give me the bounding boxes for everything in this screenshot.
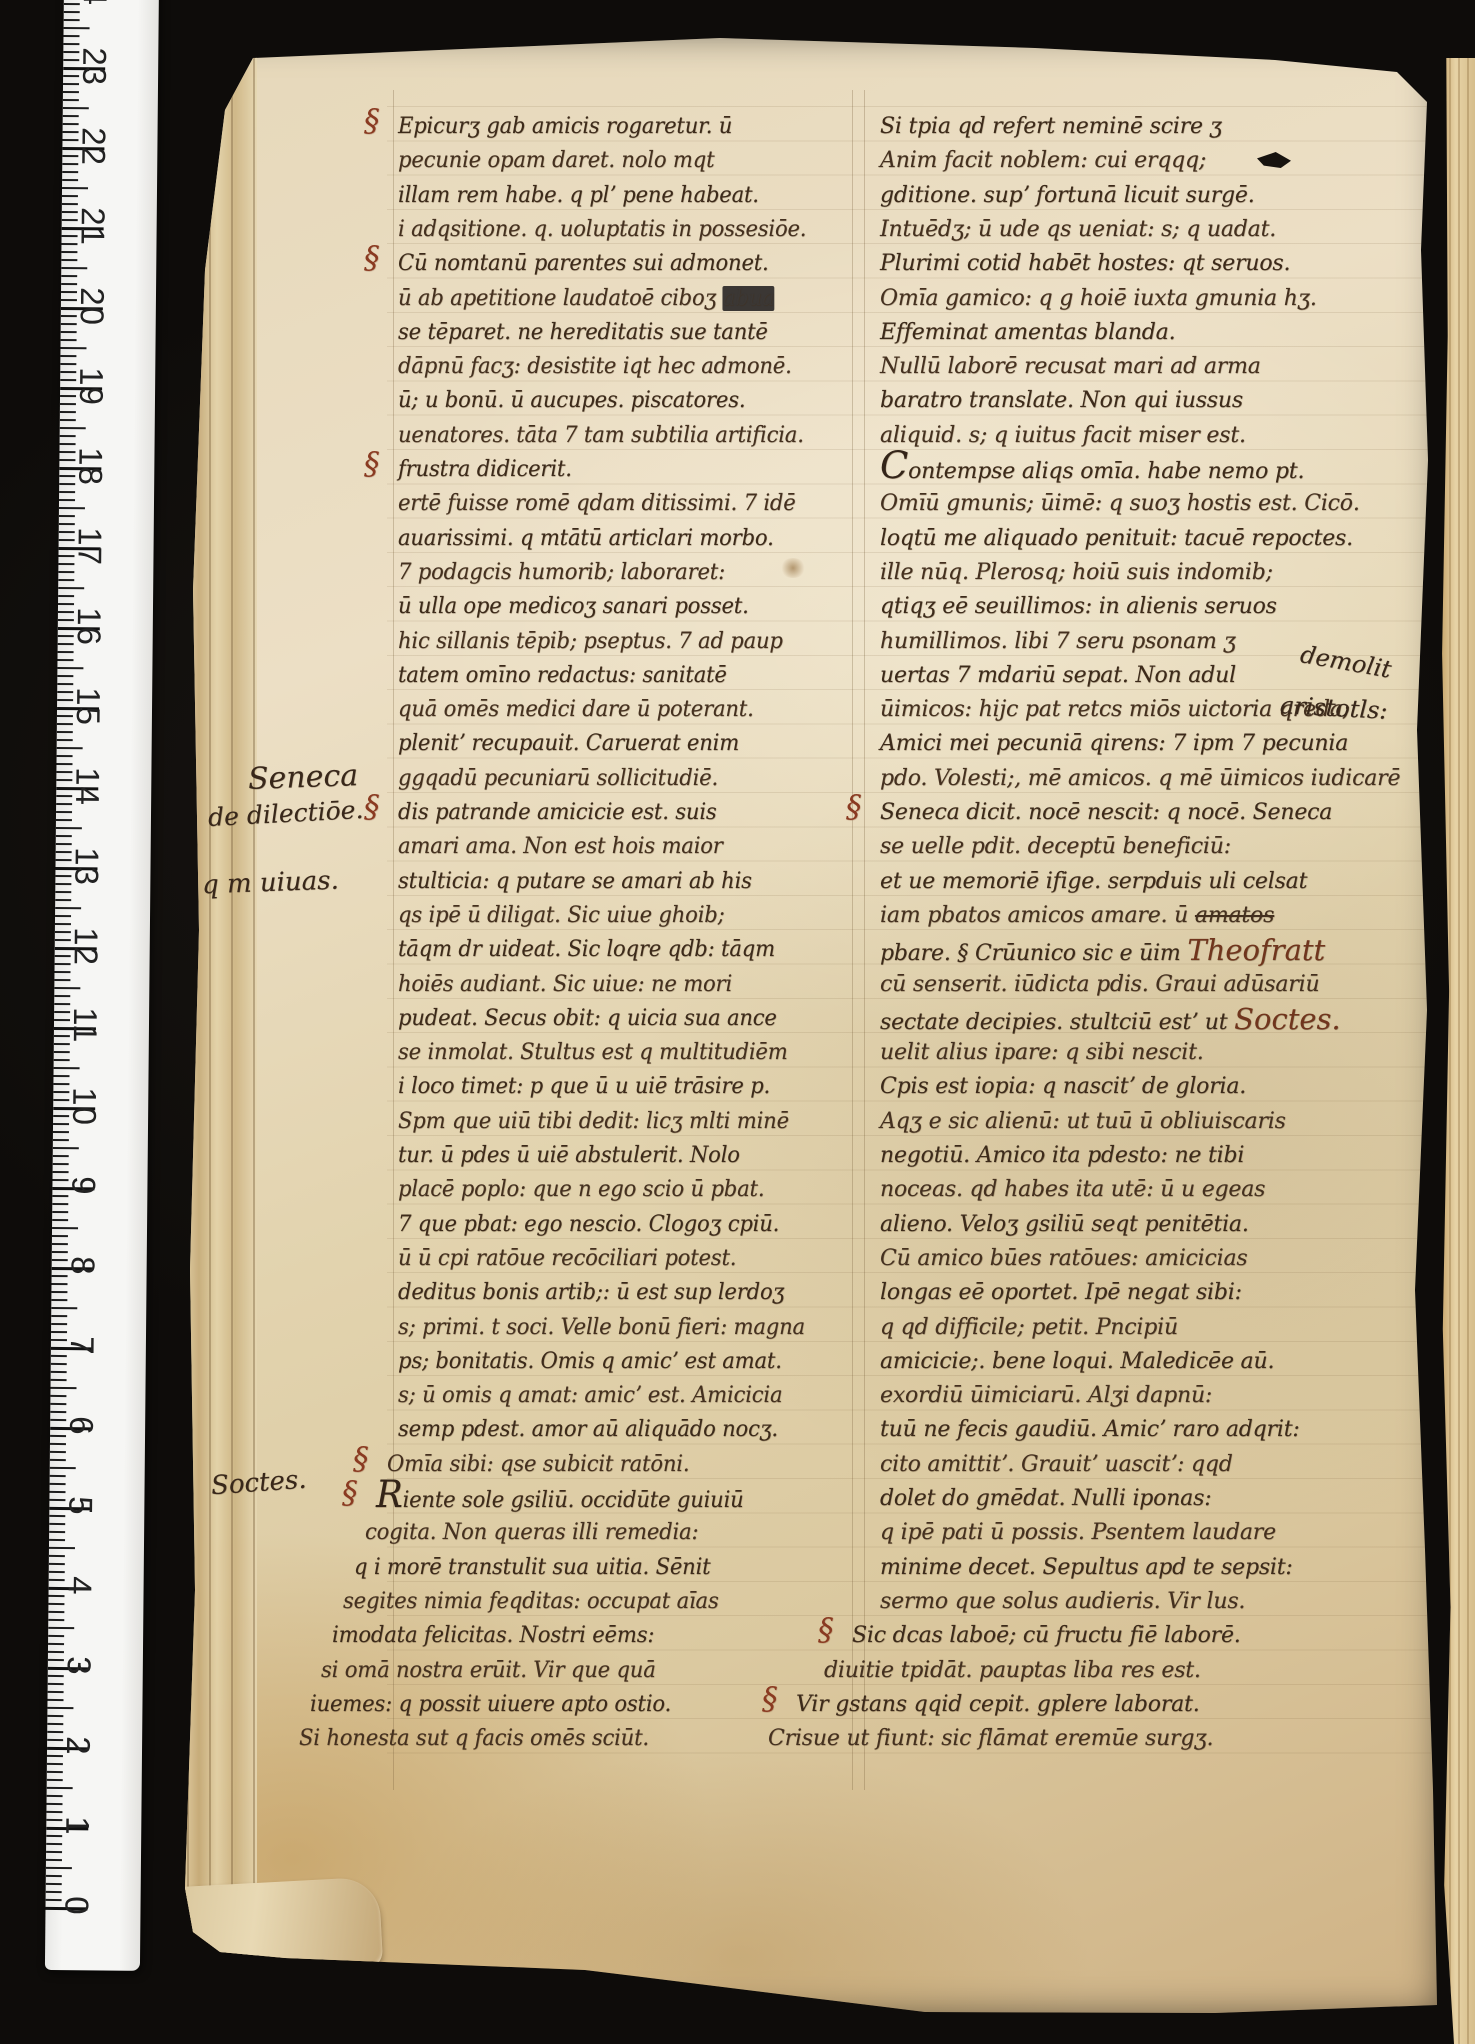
right-column-text-line: Effeminat amentas blanda. xyxy=(880,318,1445,348)
left-column-text-line: iuemes: q possit uiuere apto ostio. xyxy=(310,1690,765,1720)
ruler-mm-tick xyxy=(62,171,78,173)
right-column-text-line: Nullū laborē recusat mari ad arma xyxy=(880,352,1445,382)
left-column-text-line: cogita. Non queras illi remedia: xyxy=(365,1518,820,1548)
ruler-mm-tick xyxy=(63,91,79,93)
ruler-mm-tick xyxy=(61,267,87,269)
left-column-text-line: Cū nomtanū parentes sui admonet.§ xyxy=(398,249,853,279)
ruler-mm-tick xyxy=(60,443,76,445)
ruler-mm-tick xyxy=(51,1331,67,1333)
ruler-mm-tick xyxy=(54,995,70,997)
left-column-text-line: hoiēs audiant. Sic uiue: ne mori xyxy=(398,970,853,1000)
right-column-text-line: loqtū me aliquado penituit: tacuē repoct… xyxy=(880,524,1445,554)
ruler-number: 8 xyxy=(64,1256,102,1276)
ruler-mm-tick xyxy=(54,1067,80,1069)
ruler-mm-tick xyxy=(49,1491,65,1493)
ruler-mm-tick xyxy=(52,1211,68,1213)
left-column-text-line: Si honesta sut q facis omēs sciūt. xyxy=(299,1724,754,1754)
ruler-mm-tick xyxy=(53,1171,69,1173)
ruler-number: 3 xyxy=(60,1656,98,1676)
ruler-mm-tick xyxy=(52,1251,68,1253)
left-column-text-line: dis patrande amicicie est. suis§ xyxy=(398,798,853,828)
ruler-mm-tick xyxy=(53,1163,69,1165)
ruler-number: 21 xyxy=(73,207,111,246)
rubric-paraph-mark: § xyxy=(818,1615,833,1645)
ruler-number: 16 xyxy=(70,607,108,646)
ruler-mm-tick xyxy=(57,755,73,757)
ruler-mm-tick xyxy=(46,1811,62,1813)
ruler-mm-tick xyxy=(59,499,75,501)
left-column-text-line: s; ū omis q amat: amicʼ est. Amicicia xyxy=(398,1381,853,1411)
left-column-text-line: 7 que pbat: ego nescio. Clogoʒ cpiū. xyxy=(398,1210,853,1240)
left-column-text-line: pecunie opam daret. nolo mqt xyxy=(398,146,853,176)
right-column-text-line: amicicie;. bene loqui. Maledicēe aū. xyxy=(880,1347,1445,1377)
ruler-mm-tick xyxy=(56,835,72,837)
left-column-text-line: frustra didicerit.§ xyxy=(398,455,853,485)
ruler-mm-tick xyxy=(51,1323,67,1325)
right-column-text-line: sermo que solus audieris. Vir lus. xyxy=(880,1587,1445,1617)
ruler-mm-tick xyxy=(63,35,79,37)
ruler-mm-tick xyxy=(47,1795,63,1797)
ruler-mm-tick xyxy=(62,179,78,181)
rubric-paraph-mark: § xyxy=(353,1444,368,1474)
left-column-text-line: tāqm dr uideat. Sic loqre qdb: tāqm xyxy=(398,935,853,965)
left-column-text-line: Epicurʒ gab amicis rogaretur. ū§ xyxy=(398,112,853,142)
ruler-mm-tick xyxy=(50,1403,66,1405)
ruler-mm-tick xyxy=(60,427,86,429)
ruler-number: 22 xyxy=(74,127,112,166)
ruler-mm-tick xyxy=(50,1451,66,1453)
ruler-mm-tick xyxy=(58,571,74,573)
left-column-text-line: imodata felicitas. Nostri eēms: xyxy=(332,1621,787,1651)
ruler-mm-tick xyxy=(48,1683,64,1685)
right-column-text-line: noceas. qd habes ita utē: ū u egeas xyxy=(880,1175,1445,1205)
ruler-mm-tick xyxy=(48,1627,74,1629)
right-column-text-line: dolet do gmēdat. Nulli iponas: xyxy=(880,1484,1445,1514)
right-column-text-line: Vir gstans qqid cepit. gplere laborat.§ xyxy=(796,1690,1361,1720)
ruler-mm-tick xyxy=(62,187,88,189)
ruler-number: 12 xyxy=(67,927,105,966)
right-column-text-line: Contempse aliqs omīa. habe nemo pt. xyxy=(880,455,1445,487)
ruler-mm-tick xyxy=(47,1787,73,1789)
ruler-mm-tick xyxy=(51,1315,67,1317)
ruler-mm-tick xyxy=(54,979,70,981)
ruler-mm-tick xyxy=(52,1219,68,1221)
ruler-mm-tick xyxy=(56,763,72,765)
left-column-text-line: ggqadū pecuniarū sollicitudiē. xyxy=(398,764,853,794)
right-column-text-line: diuitie tpidāt. pauptas liba res est. xyxy=(824,1656,1389,1686)
ruler-mm-tick xyxy=(64,27,90,29)
rubric-paraph-mark: § xyxy=(846,792,861,822)
ruler-mm-tick xyxy=(61,259,77,261)
left-column-text-line: hic sillanis tēpib; pseptus. 7 ad paup xyxy=(398,627,853,657)
ruler-mm-tick xyxy=(46,1883,62,1885)
ruler-mm-tick xyxy=(48,1619,64,1621)
left-column-text-line: q i morē transtulit sua uitia. Sēnit xyxy=(354,1553,809,1583)
right-column-text-line: negotiū. Amico ita pdesto: ne tibi xyxy=(880,1141,1445,1171)
next-folio-fore-edge xyxy=(1440,58,1475,2044)
ruler-mm-tick xyxy=(50,1459,66,1461)
ruler-mm-tick xyxy=(48,1643,64,1645)
right-column-text-line: cū senserit. iūdicta pdis. Graui adūsari… xyxy=(880,970,1445,1000)
marginal-note: Soctes. xyxy=(210,1465,307,1502)
ruler-mm-tick xyxy=(49,1547,75,1549)
ruler-mm-tick xyxy=(52,1227,78,1229)
right-column-text-line: q qd difficile; petit. Pncipiū xyxy=(880,1313,1445,1343)
right-column-text-line: sectate decipies. stultciū estʼ ut Socte… xyxy=(880,1004,1445,1038)
ruler-mm-tick xyxy=(62,195,78,197)
left-column-text-line: 7 podagcis humorib; laboraret: xyxy=(398,558,853,588)
left-column-text-line: ū ulla ope medicoʒ sanari posset. xyxy=(398,592,853,622)
right-column-text-line: iam pbatos amicos amare. ū amatos xyxy=(880,901,1445,931)
ruler-mm-tick xyxy=(57,675,73,677)
ruler-mm-tick xyxy=(53,1075,69,1077)
left-column-text-line: deditus bonis artib;: ū est sup lerdoʒ xyxy=(398,1278,853,1308)
right-column-text-line: Si tpia qd refert neminē scire ʒ xyxy=(880,112,1445,142)
ruler-mm-tick xyxy=(55,915,71,917)
ruler-mm-tick xyxy=(48,1603,64,1605)
ruler-mm-tick xyxy=(50,1483,66,1485)
ruler-mm-tick xyxy=(48,1691,64,1693)
right-column-text-line: Plurimi cotid habēt hostes: qt seruos. xyxy=(880,249,1445,279)
ruler-mm-tick xyxy=(61,339,77,341)
left-column-text-line: plenitʼ recupauit. Caruerat enim xyxy=(398,729,853,759)
ruler-mm-tick xyxy=(60,435,76,437)
marginal-note: de dilectiōe. xyxy=(207,795,364,832)
ruler-mm-tick xyxy=(60,411,76,413)
right-column-text-line: Omīa gamico: q g hoiē iuxta gmunia hʒ. xyxy=(880,284,1445,314)
ruler-mm-tick xyxy=(47,1779,63,1781)
left-column-text-line: amari ama. Non est hois maior xyxy=(398,832,853,862)
ruler-mm-tick xyxy=(53,1147,79,1149)
ruler-mm-tick xyxy=(64,11,80,13)
ruler-mm-tick xyxy=(47,1715,63,1717)
ruler-mm-tick xyxy=(47,1771,63,1773)
ruler-mm-tick xyxy=(46,1843,62,1845)
right-column-text-line: q ipē pati ū possis. Psentem laudare xyxy=(880,1518,1445,1548)
ruler-mm-tick xyxy=(49,1571,65,1573)
ruler-mm-tick xyxy=(50,1467,76,1469)
ruler-number: 0 xyxy=(57,1896,95,1916)
ruler-mm-tick xyxy=(58,651,74,653)
ruler-number: 11 xyxy=(66,1007,104,1044)
ruler-mm-tick xyxy=(47,1707,73,1709)
right-column-text-line: Crisue ut fiunt: sic flāmat eremūe surgʒ… xyxy=(768,1724,1333,1754)
ruler-mm-tick xyxy=(55,891,71,893)
ruler-mm-tick xyxy=(59,523,75,525)
ruler-mm-tick xyxy=(49,1523,65,1525)
left-column-text-line: semp pdest. amor aū aliquādo nocʒ. xyxy=(398,1415,853,1445)
ruler-mm-tick xyxy=(51,1291,67,1293)
marginal-note: aristotls: xyxy=(1279,691,1388,725)
left-column-text-line: Riente sole gsiliū. occidūte guiuiū§ xyxy=(376,1484,831,1516)
ruler-mm-tick xyxy=(54,1059,70,1061)
left-column-text-line: si omā nostra erūit. Vir que quā xyxy=(321,1656,776,1686)
right-column-text-line: Aqʒ e sic alienū: ut tuū ū obliuiscaris xyxy=(880,1107,1445,1137)
ruler-mm-tick xyxy=(57,747,83,749)
ruler-mm-tick xyxy=(53,1131,69,1133)
right-column-text-line: pbare. § Crūunico sic e ūim Theofratt xyxy=(880,935,1445,969)
ruler-mm-tick xyxy=(62,203,78,205)
rubric-paraph-mark: § xyxy=(364,449,379,479)
ruler-mm-tick xyxy=(47,1803,63,1805)
marginal-note: q m uiuas. xyxy=(202,866,340,901)
right-column-text-line: baratro translate. Non qui iussus xyxy=(880,386,1445,416)
ruler-number: 23 xyxy=(75,47,113,86)
ruler-number: 17 xyxy=(70,527,108,566)
left-column-text-line: tur. ū pdes ū uiē abstulerit. Nolo xyxy=(398,1141,853,1171)
enlarged-initial: C xyxy=(880,444,908,487)
right-column-text-line: se uelle pdit. deceptū beneficiū: xyxy=(880,832,1445,862)
ruler-mm-tick xyxy=(60,419,76,421)
ruler-mm-tick xyxy=(55,907,81,909)
ruler-mm-tick xyxy=(57,659,73,661)
right-column-text-line: tuū ne fecis gaudiū. Amicʼ raro adqrit: xyxy=(880,1415,1445,1445)
ruler-mm-tick xyxy=(57,683,73,685)
left-column-text-line: se tēparet. ne hereditatis sue tantē xyxy=(398,318,853,348)
left-column-text-line: ertē fuisse romē qdam ditissimi. 7 idē xyxy=(398,489,853,519)
ruler-mm-tick xyxy=(51,1299,67,1301)
ruler-mm-tick xyxy=(49,1539,65,1541)
struck-out-word: amatos xyxy=(1195,903,1274,928)
left-column-text-line: Omīa sibi: qse subicit ratōni.§ xyxy=(387,1450,842,1480)
left-column-text-line: s; primi. t soci. Velle bonū fieri: magn… xyxy=(398,1313,853,1343)
ruler-mm-tick xyxy=(47,1699,63,1701)
ruler-mm-tick xyxy=(48,1635,64,1637)
ruler-mm-tick xyxy=(56,819,72,821)
left-column-text-line: uenatores. tāta 7 tam subtilia artificia… xyxy=(398,421,853,451)
ruler-mm-tick xyxy=(51,1363,67,1365)
ruler-mm-tick xyxy=(61,275,77,277)
inline-display-word: Soctes. xyxy=(1234,1002,1340,1036)
right-column-text-line: Intuēdʒ; ū ude qs ueniat: s; q uadat. xyxy=(880,215,1445,245)
ruler-mm-tick xyxy=(60,363,76,365)
rubric-paraph-mark: § xyxy=(364,792,379,822)
ruler-mm-tick xyxy=(50,1443,66,1445)
ruler-mm-tick xyxy=(54,987,80,989)
right-column-text-line: et ue memoriē ifige. serpduis uli celsat xyxy=(880,867,1445,897)
ruler-mm-tick xyxy=(52,1203,68,1205)
left-column-text-line: ū ū cpi ratōue recōciliari potest. xyxy=(398,1244,853,1274)
ruler-mm-tick xyxy=(50,1395,66,1397)
ruler-mm-tick xyxy=(57,667,83,669)
rubric-paraph-mark: § xyxy=(364,106,379,136)
ruler-mm-tick xyxy=(59,507,85,509)
left-column-text-line: ū; u bonū. ū aucupes. piscatores. xyxy=(398,386,853,416)
ruler-mm-tick xyxy=(46,1851,62,1853)
ruler-mm-tick xyxy=(54,1051,70,1053)
ruler-number: 4 xyxy=(61,1576,99,1596)
manuscript-page: Epicurʒ gab amicis rogaretur. ū§pecunie … xyxy=(165,30,1443,2018)
ruler-mm-tick xyxy=(58,587,84,589)
ruler-mm-tick xyxy=(63,123,79,125)
inline-display-word: Theofratt xyxy=(1187,933,1325,967)
ruler-mm-tick xyxy=(46,1891,62,1893)
ruler-mm-tick xyxy=(51,1307,77,1309)
ruler-mm-tick xyxy=(53,1155,69,1157)
right-column-text-line: exordiū ūimiciarū. Alʒi dapnū: xyxy=(880,1381,1445,1411)
ruler-mm-tick xyxy=(58,595,74,597)
ruler-mm-tick xyxy=(51,1379,67,1381)
ruler-mm-tick xyxy=(50,1475,66,1477)
ruler-mm-tick xyxy=(63,107,89,109)
ruler-mm-tick xyxy=(56,827,82,829)
right-column-text-line: Omīū gmunis; ūimē: q suoʒ hostis est. Ci… xyxy=(880,489,1445,519)
ruler-mm-tick xyxy=(58,579,74,581)
ruler-mm-tick xyxy=(50,1387,76,1389)
ruler-mm-tick xyxy=(60,347,86,349)
ruler-mm-tick xyxy=(47,1731,63,1733)
left-column-text-line: auarissimi. q mtātū articlari morbo. xyxy=(398,524,853,554)
ruler-mm-tick xyxy=(51,1283,67,1285)
ruler-number: 9 xyxy=(64,1176,102,1196)
ruler-mm-tick xyxy=(63,99,79,101)
left-column-text-line: se inmolat. Stultus est q multitudiēm xyxy=(398,1038,853,1068)
ruler-mm-tick xyxy=(53,1139,69,1141)
rubric-paraph-mark: § xyxy=(364,243,379,273)
left-column-text-line: qs ipē ū diligat. Sic uiue ghoib; xyxy=(398,901,853,931)
ruler-mm-tick xyxy=(54,1003,70,1005)
right-column-text-line: gditione. supʼ fortunā licuit surgē. xyxy=(880,181,1445,211)
ruler-mm-tick xyxy=(54,971,70,973)
right-column-text-line: alieno. Veloʒ gsiliū seqt penitētia. xyxy=(880,1210,1445,1240)
writing-area: Epicurʒ gab amicis rogaretur. ū§pecunie … xyxy=(165,30,1443,2018)
ruler-mm-tick xyxy=(49,1531,65,1533)
ruler-number: 19 xyxy=(72,367,110,406)
left-column-text-line: ps; bonitatis. Omis q amicʼ est amat. xyxy=(398,1347,853,1377)
ruler-mm-tick xyxy=(55,923,71,925)
left-column-text-line: Spm que uiū tibi dedit: licʒ mlti minē xyxy=(398,1107,853,1137)
ruler-mm-tick xyxy=(56,811,72,813)
ruler-mm-tick xyxy=(52,1243,68,1245)
ruler-mm-tick xyxy=(46,1859,62,1861)
ruler-mm-tick xyxy=(48,1651,64,1653)
ruler-mm-tick xyxy=(53,1083,69,1085)
right-column-text-line: Seneca dicit. nocē nescit: q nocē. Senec… xyxy=(880,798,1445,828)
ruler-mm-tick xyxy=(57,739,73,741)
right-column-text-line: longas eē oportet. Ipē negat sibi: xyxy=(880,1278,1445,1308)
ruler-number: 10 xyxy=(65,1087,103,1126)
rubric-paraph-mark: § xyxy=(762,1684,777,1714)
ruler-mm-tick xyxy=(63,43,79,45)
left-column-text-line: tatem omīno redactus: sanitatē xyxy=(398,661,853,691)
ruler-number: 13 xyxy=(67,847,105,886)
ruler-mm-tick xyxy=(52,1235,68,1237)
right-column-text-line: ille nūq. Plerosq; hoiū suis indomib; xyxy=(880,558,1445,588)
ruler-number: 1 xyxy=(58,1816,96,1836)
left-column-text-line: quā omēs medici dare ū poterant. xyxy=(398,695,853,725)
left-column-text-line: placē poplo: que n ego scio ū pbat. xyxy=(398,1175,853,1205)
ruler-mm-tick xyxy=(51,1371,67,1373)
right-column-text-line: Anim facit noblem: cui erqqq; xyxy=(880,146,1445,176)
left-column-text-line: segites nimia feqditas: occupat aīas xyxy=(343,1587,798,1617)
centimetre-ruler: 0123456789101112131415161718192021222324 xyxy=(45,0,159,1971)
right-column-text-line: Sic dcas laboē; cū fructu fiē laborē.§ xyxy=(852,1621,1417,1651)
ruler-number: 20 xyxy=(73,287,111,326)
ruler-mm-tick xyxy=(61,251,77,253)
ruler-number: 18 xyxy=(71,447,109,486)
ruler-number: 14 xyxy=(68,767,106,806)
ruler-mm-tick xyxy=(59,515,75,517)
ruler-number: 24 xyxy=(76,0,114,6)
enlarged-initial: R xyxy=(376,1473,403,1516)
ruler-number: 5 xyxy=(61,1496,99,1516)
ruler-mm-tick xyxy=(63,115,79,117)
right-column-text-line: Amici mei pecuniā qirens: 7 ipm 7 pecuni… xyxy=(880,729,1445,759)
ruler-mm-tick xyxy=(49,1555,65,1557)
rubric-paraph-mark: § xyxy=(342,1478,357,1508)
ruler-mm-tick xyxy=(46,1867,72,1869)
left-column-text-line: ū ab apetitione laudatoē ciboʒ abua xyxy=(398,284,853,314)
photograph-black-backdrop: { "scene": { "description": "Medieval pa… xyxy=(0,0,1475,2044)
left-column-text-line: stulticia: q putare se amari ab his xyxy=(398,867,853,897)
left-column-text-line: illam rem habe. q plʼ pene habeat. xyxy=(398,181,853,211)
left-column-text-line: i loco timet: p que ū u uiē trāsire p. xyxy=(398,1072,853,1102)
right-column-text-line: minime decet. Sepultus apd te sepsit: xyxy=(880,1553,1445,1583)
ruler-number: 7 xyxy=(63,1336,101,1356)
ruler-mm-tick xyxy=(55,899,71,901)
struck-out-word: abua xyxy=(723,286,775,311)
right-column-text-line: Cpis est iopia: q nascitʼ de gloria. xyxy=(880,1072,1445,1102)
ruler-mm-tick xyxy=(64,19,80,21)
ruler-number: 2 xyxy=(59,1736,97,1756)
ruler-mm-tick xyxy=(47,1723,63,1725)
ruler-mm-tick xyxy=(58,603,74,605)
left-column-text-line: pudeat. Secus obit: q uicia sua ance xyxy=(398,1004,853,1034)
left-column-text-line: dāpnū facʒ: desistite iqt hec admonē. xyxy=(398,352,853,382)
ruler-mm-tick xyxy=(57,731,73,733)
ruler-number: 15 xyxy=(69,687,107,726)
ruler-mm-tick xyxy=(60,355,76,357)
ruler-mm-tick xyxy=(48,1611,64,1613)
right-column-text-line: qtiqʒ eē seuillimos: in alienis seruos xyxy=(880,592,1445,622)
ruler-mm-tick xyxy=(46,1875,62,1877)
right-column-text-line: aliquid. s; q iuitus facit miser est. xyxy=(880,421,1445,451)
ruler-number: 6 xyxy=(62,1416,100,1436)
left-column-text-line: i adqsitione. q. uoluptatis in possesiōe… xyxy=(398,215,853,245)
marginal-note: Seneca xyxy=(247,758,358,797)
right-column-text-line: uelit alius ipare: q sibi nescit. xyxy=(880,1038,1445,1068)
right-column-text-line: Cū amico būes ratōues: amicicias xyxy=(880,1244,1445,1274)
ruler-mm-tick xyxy=(61,283,77,285)
ruler-mm-tick xyxy=(49,1563,65,1565)
right-column-text-line: pdo. Volesti;, mē amicos. q mē ūimicos i… xyxy=(880,764,1445,794)
right-column-text-line: cito amittitʼ. Grauitʼ uascitʼ: qqd xyxy=(880,1450,1445,1480)
ruler-mm-tick xyxy=(47,1763,63,1765)
ruler-mm-tick xyxy=(61,331,77,333)
ruler-mm-tick xyxy=(59,491,75,493)
ruler-mm-tick xyxy=(56,843,72,845)
ruler-mm-tick xyxy=(50,1411,66,1413)
